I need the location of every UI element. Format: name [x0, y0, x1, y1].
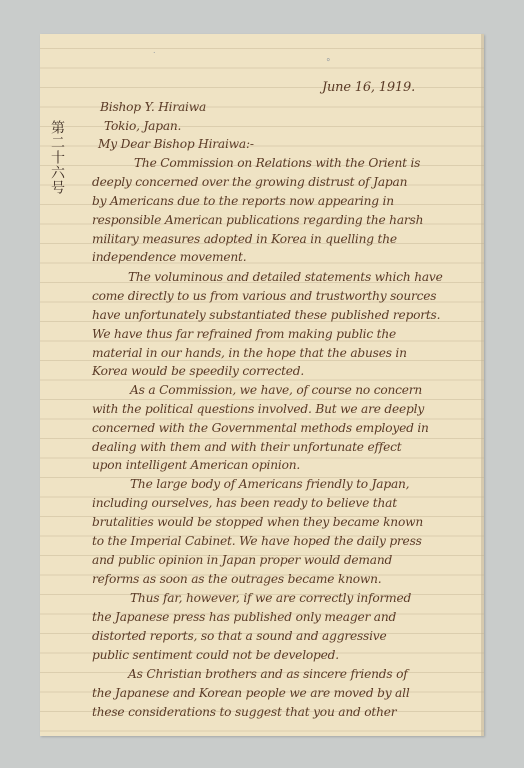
recipient-name: Bishop Y. Hiraiwa: [100, 98, 206, 118]
letter-line: upon intelligent American opinion.: [92, 456, 300, 476]
letter-line: dealing with them and with their unfortu…: [92, 438, 401, 458]
letter-line: reforms as soon as the outrages became k…: [92, 570, 381, 590]
paper-mark: °: [326, 58, 331, 68]
letter-line: including ourselves, has been ready to b…: [92, 494, 397, 514]
letter-line: to the Imperial Cabinet. We have hoped t…: [92, 532, 422, 552]
margin-note-japanese: 第二十六号: [48, 120, 66, 195]
letter-line: As a Commission, we have, of course no c…: [130, 381, 422, 401]
letter-line: distorted reports, so that a sound and a…: [92, 627, 386, 647]
letter-line: brutalities would be stopped when they b…: [92, 513, 423, 533]
letter-line: As Christian brothers and as sincere fri…: [128, 665, 408, 685]
letter-line: and public opinion in Japan proper would…: [92, 551, 392, 571]
letter-line: public sentiment could not be developed.: [92, 646, 339, 666]
paper-mark: ˙: [152, 52, 157, 62]
letter-line: military measures adopted in Korea in qu…: [92, 230, 397, 250]
letter-line: concerned with the Governmental methods …: [92, 419, 429, 439]
letter-line: responsible American publications regard…: [92, 211, 423, 231]
letter-line: We have thus far refrained from making p…: [92, 325, 396, 345]
letter-line: independence movement.: [92, 248, 246, 268]
letter-line: Thus far, however, if we are correctly i…: [130, 589, 411, 609]
letter-line: have unfortunately substantiated these p…: [92, 306, 440, 326]
letter-line: the Japanese and Korean people we are mo…: [92, 684, 410, 704]
letter-line: The voluminous and detailed statements w…: [128, 268, 443, 288]
letter-line: The Commission on Relations with the Ori…: [134, 154, 420, 174]
salutation: My Dear Bishop Hiraiwa:-: [98, 135, 254, 155]
letter-line: by Americans due to the reports now appe…: [92, 192, 394, 212]
letter-line: the Japanese press has published only me…: [92, 608, 396, 628]
letter-line: come directly to us from various and tru…: [92, 287, 436, 307]
letter-line: The large body of Americans friendly to …: [130, 475, 409, 495]
letter-line: these considerations to suggest that you…: [92, 703, 396, 723]
letter-line: deeply concerned over the growing distru…: [92, 173, 407, 193]
letter-line: Korea would be speedily corrected.: [92, 362, 304, 382]
recipient-location: Tokio, Japan.: [104, 117, 181, 137]
letter-line: with the political questions involved. B…: [92, 400, 424, 420]
letter-date: June 16, 1919.: [322, 78, 415, 98]
letter-line: material in our hands, in the hope that …: [92, 344, 407, 364]
